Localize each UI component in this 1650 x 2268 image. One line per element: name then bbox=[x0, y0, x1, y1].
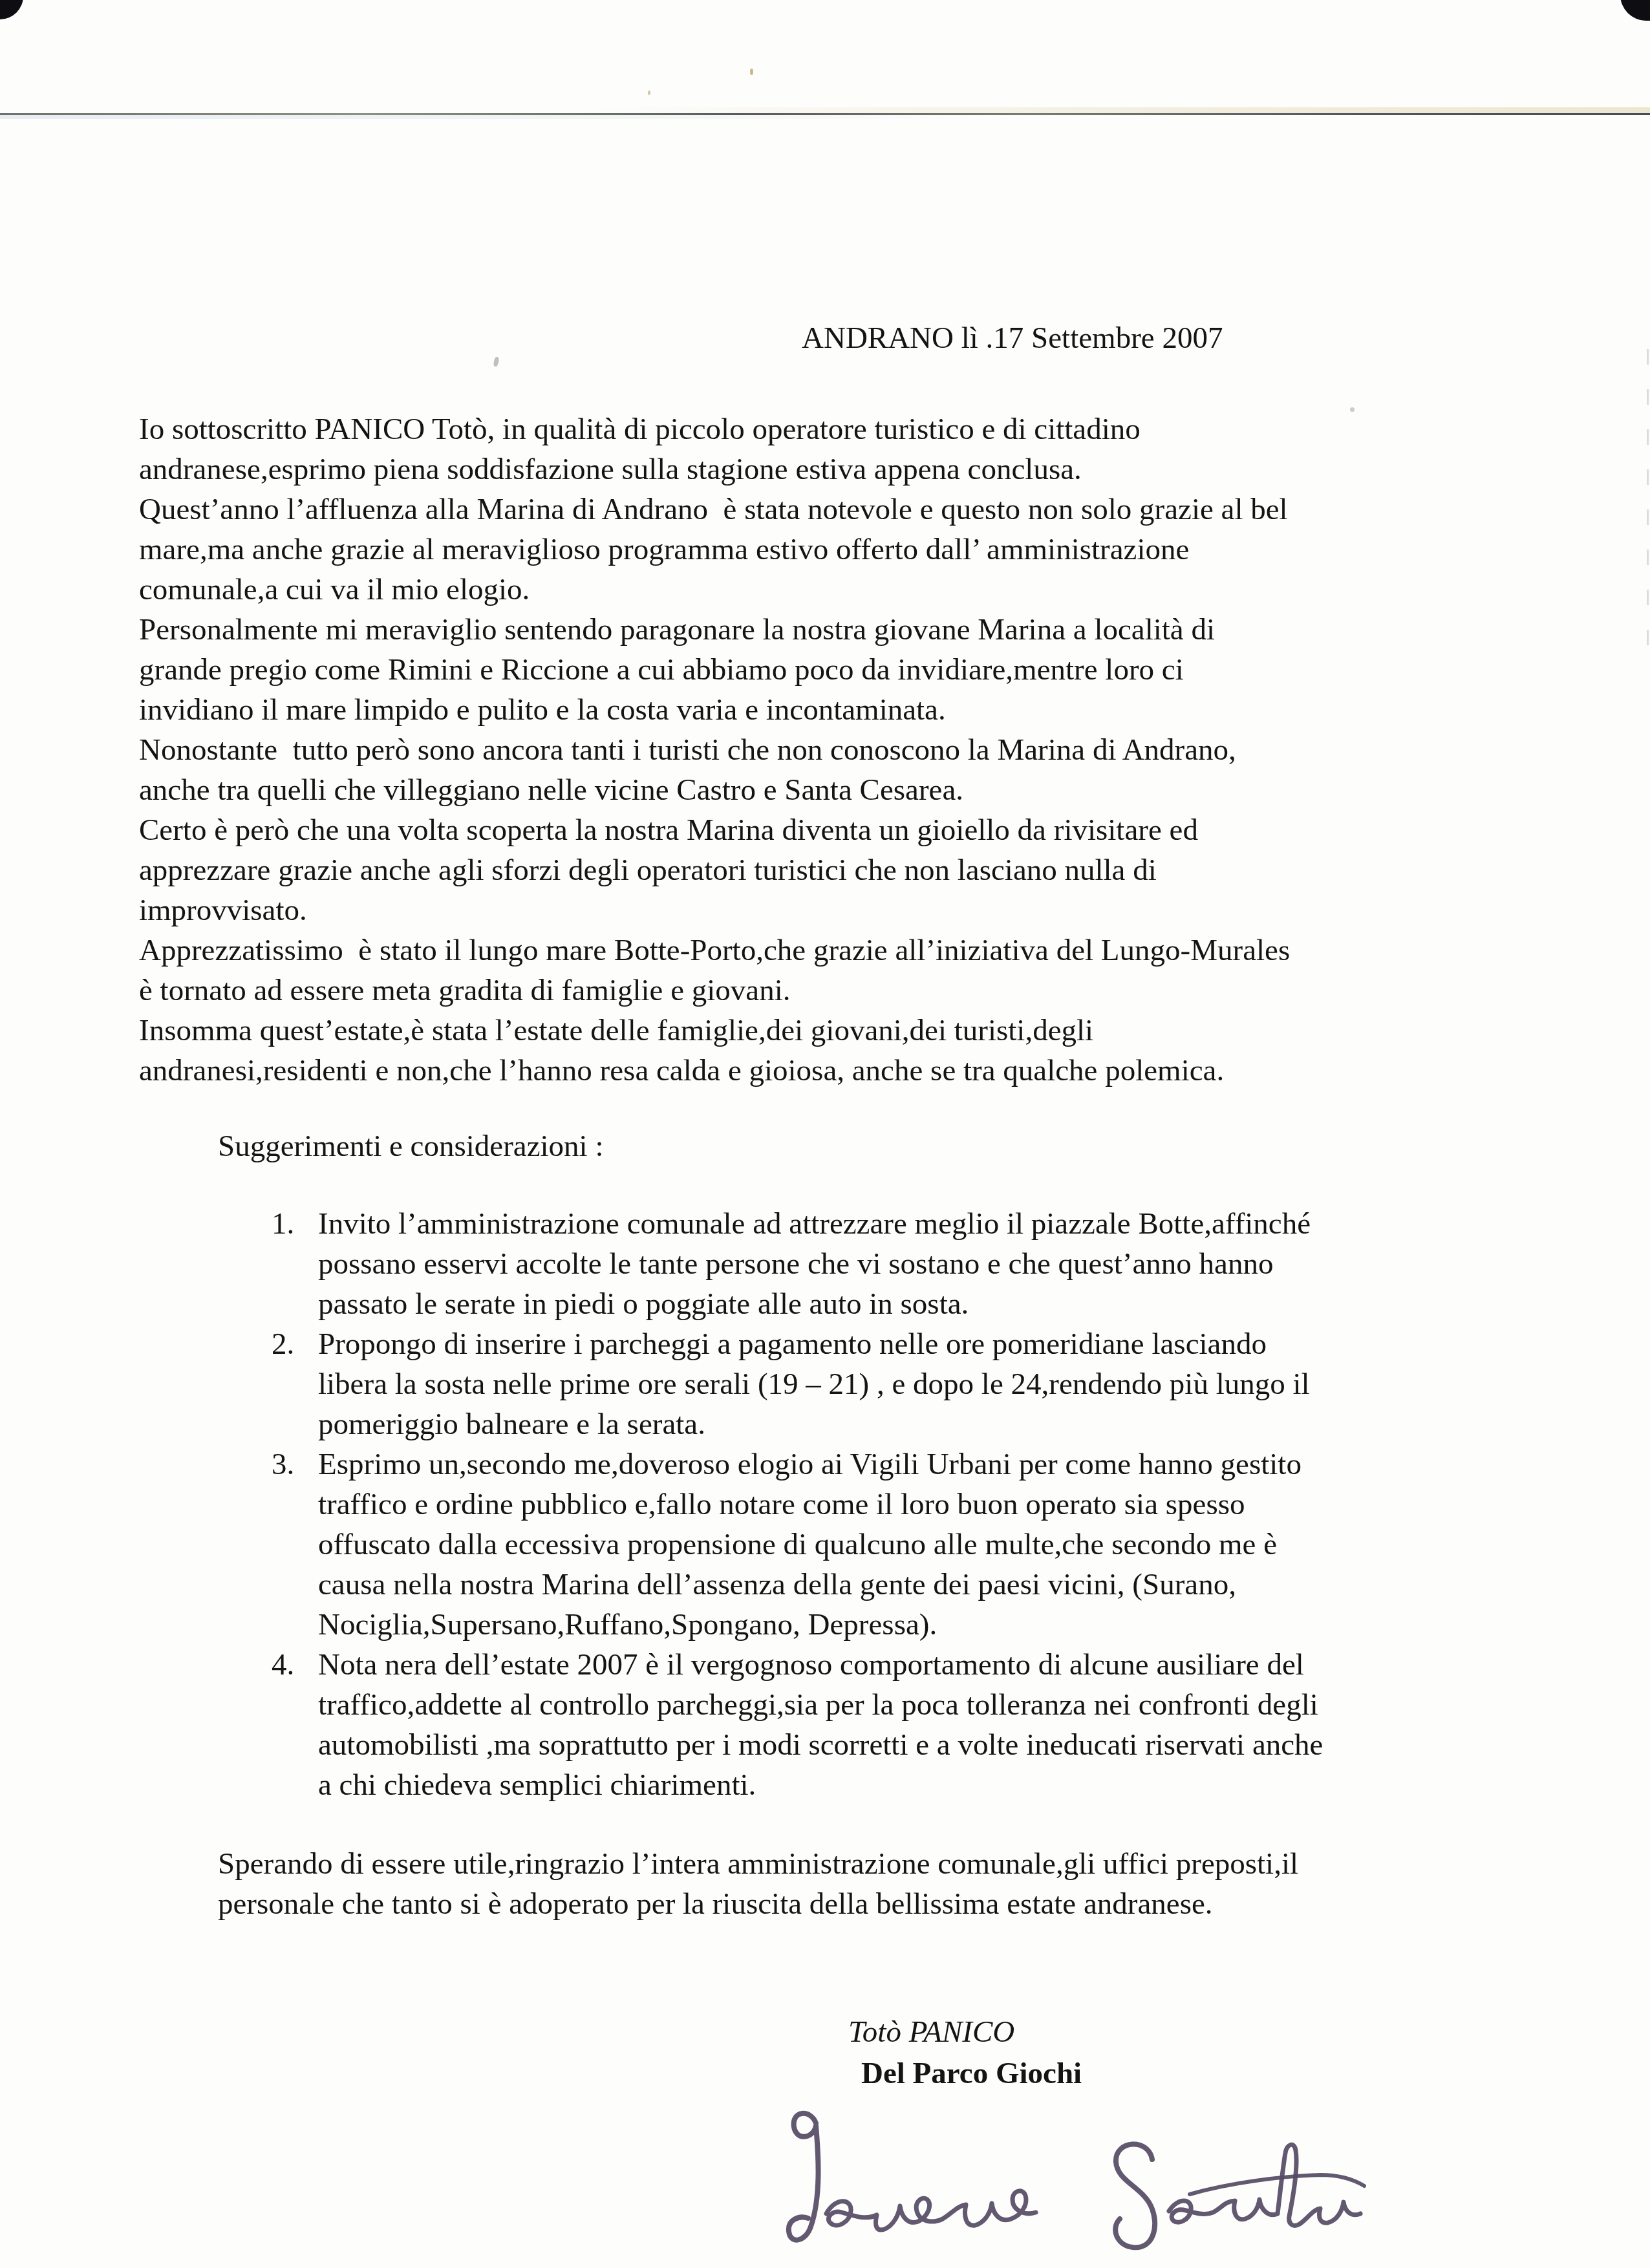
text-line: è tornato ad essere meta gradita di fami… bbox=[139, 970, 1510, 1011]
date-line: ANDRANO lì .17 Settembre 2007 bbox=[802, 318, 1223, 358]
text-line: Io sottoscritto PANICO Totò, in qualità … bbox=[139, 409, 1510, 449]
list-item-number: 3. bbox=[272, 1444, 318, 1484]
list-item-number: 2. bbox=[272, 1324, 318, 1364]
closing-paragraph: Sperando di essere utile,ringrazio l’int… bbox=[218, 1844, 1511, 1924]
handwritten-signature bbox=[737, 2100, 1371, 2267]
text-line: Insomma quest’estate,è stata l’estate de… bbox=[139, 1011, 1510, 1051]
text-line: 1.Invito l’amministrazione comunale ad a… bbox=[272, 1204, 1487, 1244]
letter-body: Io sottoscritto PANICO Totò, in qualità … bbox=[139, 409, 1510, 1091]
text-line: Apprezzatissimo è stato il lungo mare Bo… bbox=[139, 930, 1510, 970]
text-line: personale che tanto si è adoperato per l… bbox=[218, 1884, 1511, 1924]
text-line: andranesi,residenti e non,che l’hanno re… bbox=[139, 1051, 1510, 1091]
text-line: 3.Esprimo un,secondo me,doveroso elogio … bbox=[272, 1444, 1487, 1484]
text-line: Personalmente mi meraviglio sentendo par… bbox=[139, 610, 1510, 650]
text-line: possano esservi accolte le tante persone… bbox=[272, 1244, 1487, 1284]
text-line: traffico,addette al controllo parcheggi,… bbox=[272, 1685, 1487, 1725]
text-line: automobilisti ,ma soprattutto per i modi… bbox=[272, 1725, 1487, 1765]
list-item: 4.Nota nera dell’estate 2007 è il vergog… bbox=[272, 1645, 1487, 1805]
scanned-letter-page: ANDRANO lì .17 Settembre 2007 Io sottosc… bbox=[0, 0, 1650, 2268]
text-line: improvvisato. bbox=[139, 890, 1510, 930]
text-line: Certo è però che una volta scoperta la n… bbox=[139, 810, 1510, 850]
text-line: invidiano il mare limpido e pulito e la … bbox=[139, 690, 1510, 730]
text-line: grande pregio come Rimini e Riccione a c… bbox=[139, 650, 1510, 690]
text-line: Nociglia,Supersano,Ruffano,Spongano, Dep… bbox=[272, 1605, 1487, 1645]
list-item: 2.Propongo di inserire i parcheggi a pag… bbox=[272, 1324, 1487, 1444]
text-line: 2.Propongo di inserire i parcheggi a pag… bbox=[272, 1324, 1487, 1364]
text-line: 4.Nota nera dell’estate 2007 è il vergog… bbox=[272, 1645, 1487, 1685]
text-line: Sperando di essere utile,ringrazio l’int… bbox=[218, 1844, 1511, 1884]
scan-speck bbox=[750, 69, 753, 75]
text-line: a chi chiedeva semplici chiarimenti. bbox=[272, 1765, 1487, 1805]
scanner-corner-top-left bbox=[0, 0, 23, 19]
text-line: pomeriggio balneare e la serata. bbox=[272, 1404, 1487, 1444]
list-item-number: 4. bbox=[272, 1645, 318, 1685]
scan-edge-glow-bottom bbox=[0, 115, 1650, 119]
scan-speck bbox=[648, 91, 650, 95]
text-line: libera la sosta nelle prime ore serali (… bbox=[272, 1364, 1487, 1404]
list-item: 1.Invito l’amministrazione comunale ad a… bbox=[272, 1204, 1487, 1324]
text-line: Nonostante tutto però sono ancora tanti … bbox=[139, 730, 1510, 770]
suggestions-list: 1.Invito l’amministrazione comunale ad a… bbox=[272, 1204, 1487, 1805]
list-item: 3.Esprimo un,secondo me,doveroso elogio … bbox=[272, 1444, 1487, 1645]
text-line: traffico e ordine pubblico e,fallo notar… bbox=[272, 1484, 1487, 1524]
signatory-role: Del Parco Giochi bbox=[861, 2053, 1082, 2093]
signatory-name: Totò PANICO bbox=[848, 2012, 1014, 2052]
scan-speck bbox=[493, 356, 500, 367]
text-line: andranese,esprimo piena soddisfazione su… bbox=[139, 449, 1510, 489]
text-line: offuscato dalla eccessiva propensione di… bbox=[272, 1524, 1487, 1565]
scan-right-edge-artifact bbox=[1647, 349, 1649, 647]
text-line: anche tra quelli che villeggiano nelle v… bbox=[139, 770, 1510, 810]
scan-edge-glow-top bbox=[0, 107, 1650, 113]
text-line: apprezzare grazie anche agli sforzi degl… bbox=[139, 850, 1510, 890]
text-line: mare,ma anche grazie al meraviglioso pro… bbox=[139, 530, 1510, 570]
text-line: Quest’anno l’affluenza alla Marina di An… bbox=[139, 489, 1510, 530]
text-line: passato le serate in piedi o poggiate al… bbox=[272, 1284, 1487, 1324]
list-item-number: 1. bbox=[272, 1204, 318, 1244]
section-heading: Suggerimenti e considerazioni : bbox=[218, 1126, 603, 1166]
text-line: comunale,a cui va il mio elogio. bbox=[139, 570, 1510, 610]
scanner-corner-top-right bbox=[1620, 0, 1650, 21]
text-line: causa nella nostra Marina dell’assenza d… bbox=[272, 1565, 1487, 1605]
